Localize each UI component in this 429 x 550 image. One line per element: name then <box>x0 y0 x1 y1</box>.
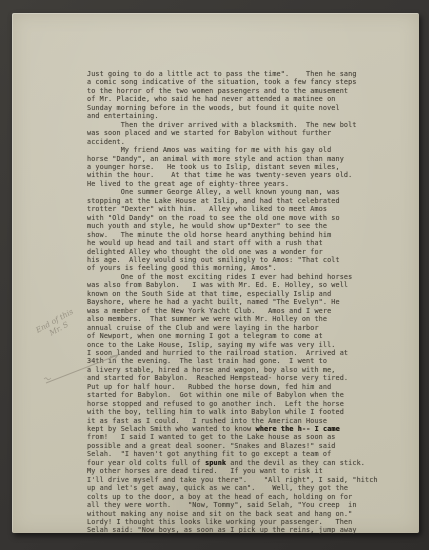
typed-line: delighted Alley who thought the old one … <box>87 248 409 256</box>
typed-line: also members. That summer we were with M… <box>87 315 409 323</box>
typed-line: He lived to the great age of eighty-thre… <box>87 180 409 188</box>
typed-line: it as fast as I could. I rushed into the… <box>87 417 409 425</box>
typed-line: Selah. "I haven't got anything fit to go… <box>87 450 409 458</box>
typed-line: show. The minute the old horse heard any… <box>87 231 409 239</box>
typed-line: Bayshore, where he had a yacht built, na… <box>87 298 409 306</box>
typed-line: a comic song indicative of the situation… <box>87 78 409 86</box>
typed-line: Sunday morning before in the woods, but … <box>87 104 409 112</box>
typed-line: he would up head and tail and start off … <box>87 239 409 247</box>
typed-line: accident. <box>87 138 409 146</box>
typed-line: Then the driver arrived with a blacksmit… <box>87 121 409 129</box>
typed-line: of Newport, when one morning I got a tel… <box>87 332 409 340</box>
typed-line: Selah said: "Now boys, as soon as I pick… <box>87 526 409 534</box>
typed-line: I'll drive myself and take you there". "… <box>87 476 409 484</box>
typed-line: was also from Babylon. I was with Mr. Ed… <box>87 281 409 289</box>
typed-line: a livery stable, hired a horse and wagon… <box>87 366 409 374</box>
typed-line: stopping at the Lake House at Islip, and… <box>87 197 409 205</box>
typed-line: of Mr. Placide, who said he had never at… <box>87 95 409 103</box>
typed-line: was a member of the New York Yacht Club.… <box>87 307 409 315</box>
typed-line: a younger horse. He took us to Islip, di… <box>87 163 409 171</box>
typed-line: with the boy, telling him to walk into B… <box>87 408 409 416</box>
pencil-arrow-icon <box>40 339 130 387</box>
typed-line: My other horses are dead tired. If you w… <box>87 467 409 475</box>
typed-line: to the horror of the two women passenger… <box>87 87 409 95</box>
manuscript-page: Just going to do a little act to pass th… <box>12 13 419 533</box>
typed-line: Put up for half hour. Rubbed the horse d… <box>87 383 409 391</box>
typed-line: with "Old Dandy" on the road to see the … <box>87 214 409 222</box>
typed-line: was soon placed and we started for Babyl… <box>87 129 409 137</box>
typed-line: without making any noise and sit on the … <box>87 510 409 518</box>
typed-line: much youth and style, he would show up"D… <box>87 222 409 230</box>
typed-line: known on the South Side at that time, es… <box>87 290 409 298</box>
typed-line: kept by Selach Smith who wanted to know … <box>87 425 409 433</box>
typed-line: Just going to do a little act to pass th… <box>87 70 409 78</box>
typed-line: within the hour. At that time he was twe… <box>87 171 409 179</box>
typed-line: horse "Dandy", an animal with more style… <box>87 155 409 163</box>
typed-line: horse stopped and refused to go another … <box>87 400 409 408</box>
typed-line: 34th in the evening. The last train had … <box>87 357 409 365</box>
typed-line: One of the most exciting rides I ever ha… <box>87 273 409 281</box>
typed-line: once to the Lake House, Islip, saying my… <box>87 341 409 349</box>
typed-body-text: Just going to do a little act to pass th… <box>87 70 409 535</box>
typed-line: up and let's get away, quick as we can".… <box>87 484 409 492</box>
typed-line: his age. Alley would sing out smilingly … <box>87 256 409 264</box>
dark-mat-background: Just going to do a little act to pass th… <box>0 0 429 550</box>
typed-line: annual cruise of the Club and were layin… <box>87 324 409 332</box>
typed-line: trotter "Dexter" with him. Alley who lik… <box>87 205 409 213</box>
typed-line: Lordy! I thought this looks like working… <box>87 518 409 526</box>
typed-line: My friend Amos was waiting for me with h… <box>87 146 409 154</box>
typed-line: started for Babylon. Got within one mile… <box>87 391 409 399</box>
typed-line: One summer George Alley, a well known yo… <box>87 188 409 196</box>
typed-line: all they were worth. "Now, Tommy", said … <box>87 501 409 509</box>
typed-line: possible and a great deal sooner. "Snake… <box>87 442 409 450</box>
typed-line: I soon landed and hurried to the railroa… <box>87 349 409 357</box>
typed-line: from! I said I wanted to get to the Lake… <box>87 433 409 441</box>
typed-line: four year old colts full of spunk and th… <box>87 459 409 467</box>
typed-line: and started for Babylon. Reached Hempste… <box>87 374 409 382</box>
typed-line: and entertaining. <box>87 112 409 120</box>
typed-line: colts up to the door, a boy at the head … <box>87 493 409 501</box>
typed-line: of yours is feeling good this morning, A… <box>87 264 409 272</box>
